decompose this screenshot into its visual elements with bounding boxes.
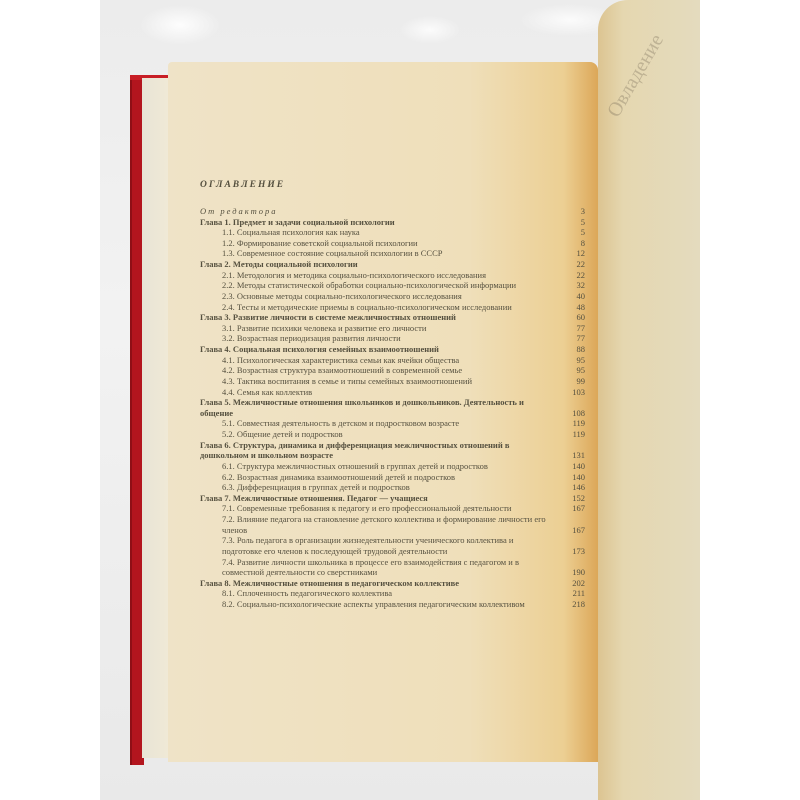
toc-entry-title: 6.2. Возрастная динамика взаимоотношений… (200, 472, 561, 483)
toc-entry-page: 131 (561, 450, 585, 461)
toc-entry-title: 2.4. Тесты и методические приемы в социа… (200, 302, 561, 313)
toc-entry: Глава 2. Методы социальной психологии22 (200, 259, 585, 270)
toc-entry: 7.1. Современные требования к педагогу и… (200, 503, 585, 514)
toc-entry-title: Глава 3. Развитие личности в системе меж… (200, 312, 561, 323)
toc-entry-page: 22 (561, 259, 585, 270)
toc-entry: Глава 4. Социальная психология семейных … (200, 344, 585, 355)
toc-entry-page: 103 (561, 387, 585, 398)
toc-entry-page: 218 (561, 599, 585, 610)
toc-entry-title: 8.1. Сплоченность педагогического коллек… (200, 588, 561, 599)
toc-entry-title: 7.4. Развитие личности школьника в проце… (200, 557, 561, 578)
toc-entry-title: 3.1. Развитие психики человека и развити… (200, 323, 561, 334)
toc-entry-page: 5 (561, 217, 585, 228)
toc-entry: От редактора3 (200, 206, 585, 217)
toc-entry-title: 3.2. Возрастная периодизация развития ли… (200, 333, 561, 344)
toc-entry: Глава 7. Межличностные отношения. Педаго… (200, 493, 585, 504)
toc-entry: Глава 1. Предмет и задачи социальной пси… (200, 217, 585, 228)
toc-entry-page: 8 (561, 238, 585, 249)
toc-entry-title: 4.2. Возрастная структура взаимоотношени… (200, 365, 561, 376)
toc-entry-title: 2.3. Основные методы социально-психологи… (200, 291, 561, 302)
toc-entry-page: 77 (561, 323, 585, 334)
toc-entry-title: Глава 6. Структура, динамика и дифференц… (200, 440, 561, 461)
toc-entry-page: 146 (561, 482, 585, 493)
toc-entry-page: 22 (561, 270, 585, 281)
toc-entry: 4.3. Тактика воспитания в семье и типы с… (200, 376, 585, 387)
toc-entry: 1.3. Современное состояние социальной пс… (200, 248, 585, 259)
toc-entry-page: 95 (561, 365, 585, 376)
toc-entry-page: 108 (561, 408, 585, 419)
toc-entry-title: Глава 1. Предмет и задачи социальной пси… (200, 217, 561, 228)
toc-entry: 7.3. Роль педагога в организации жизнеде… (200, 535, 585, 556)
toc-entry-title: От редактора (200, 206, 561, 217)
toc-entry-title: 7.2. Влияние педагога на становление дет… (200, 514, 561, 535)
toc-entry: 7.4. Развитие личности школьника в проце… (200, 557, 585, 578)
toc-entry-title: Глава 5. Межличностные отношения школьни… (200, 397, 561, 418)
toc-entry: 4.1. Психологическая характеристика семь… (200, 355, 585, 366)
toc-entry-title: 6.3. Дифференциация в группах детей и по… (200, 482, 561, 493)
toc-entry: 8.1. Сплоченность педагогического коллек… (200, 588, 585, 599)
toc-entry-page: 152 (561, 493, 585, 504)
toc-entry: 4.4. Семья как коллектив103 (200, 387, 585, 398)
toc-entry: 2.2. Методы статистической обработки соц… (200, 280, 585, 291)
toc-entry: 2.3. Основные методы социально-психологи… (200, 291, 585, 302)
toc-entry-page: 40 (561, 291, 585, 302)
toc-entry: 2.4. Тесты и методические приемы в социа… (200, 302, 585, 313)
toc-entry-title: 7.1. Современные требования к педагогу и… (200, 503, 561, 514)
toc-entry-title: 1.3. Современное состояние социальной пс… (200, 248, 561, 259)
toc-entry: 3.1. Развитие психики человека и развити… (200, 323, 585, 334)
toc-entry-page: 167 (561, 525, 585, 536)
toc-entry: 7.2. Влияние педагога на становление дет… (200, 514, 585, 535)
toc-entry-page: 95 (561, 355, 585, 366)
toc-entry-title: 1.1. Социальная психология как наука (200, 227, 561, 238)
toc-entry-page: 119 (561, 429, 585, 440)
toc-entry-title: Глава 2. Методы социальной психологии (200, 259, 561, 270)
toc-entry-page: 211 (561, 588, 585, 599)
toc-entry: 5.1. Совместная деятельность в детском и… (200, 418, 585, 429)
toc-entry-page: 60 (561, 312, 585, 323)
toc-entry-page: 167 (561, 503, 585, 514)
toc-entry-page: 3 (561, 206, 585, 217)
toc-entry: Глава 8. Межличностные отношения в педаг… (200, 578, 585, 589)
toc-entry-page: 32 (561, 280, 585, 291)
toc-entry-title: Глава 8. Межличностные отношения в педаг… (200, 578, 561, 589)
toc-entry: 1.2. Формирование советской социальной п… (200, 238, 585, 249)
right-page-bleed-text: Овладение (603, 32, 700, 150)
toc-entry-title: 4.4. Семья как коллектив (200, 387, 561, 398)
toc-entry-title: Глава 7. Межличностные отношения. Педаго… (200, 493, 561, 504)
toc-entry-page: 48 (561, 302, 585, 313)
toc-entry-title: 2.1. Методология и методика социально-пс… (200, 270, 561, 281)
toc-entry-title: 5.2. Общение детей и подростков (200, 429, 561, 440)
toc-entry: Глава 6. Структура, динамика и дифференц… (200, 440, 585, 461)
toc-entry-title: 6.1. Структура межличностных отношений в… (200, 461, 561, 472)
toc-entry-page: 88 (561, 344, 585, 355)
toc-entry: 4.2. Возрастная структура взаимоотношени… (200, 365, 585, 376)
toc-entry-page: 119 (561, 418, 585, 429)
toc-entry: 3.2. Возрастная периодизация развития ли… (200, 333, 585, 344)
toc-entry-title: 2.2. Методы статистической обработки соц… (200, 280, 561, 291)
toc-entry: 1.1. Социальная психология как наука5 (200, 227, 585, 238)
toc-entry-page: 202 (561, 578, 585, 589)
toc-heading: ОГЛАВЛЕНИЕ (200, 180, 585, 192)
toc-entry-title: 7.3. Роль педагога в организации жизнеде… (200, 535, 561, 556)
toc-entry: 5.2. Общение детей и подростков119 (200, 429, 585, 440)
toc-entry-page: 12 (561, 248, 585, 259)
toc-entry-page: 77 (561, 333, 585, 344)
toc-entry-page: 140 (561, 461, 585, 472)
toc-entry: Глава 3. Развитие личности в системе меж… (200, 312, 585, 323)
toc-entry-title: 4.3. Тактика воспитания в семье и типы с… (200, 376, 561, 387)
toc-entry: 6.2. Возрастная динамика взаимоотношений… (200, 472, 585, 483)
toc-entry-title: Глава 4. Социальная психология семейных … (200, 344, 561, 355)
toc-entry-page: 99 (561, 376, 585, 387)
table-of-contents: ОГЛАВЛЕНИЕ От редактора3Глава 1. Предмет… (200, 180, 585, 610)
toc-entry-title: 8.2. Социально-психологические аспекты у… (200, 599, 561, 610)
toc-entry: 6.3. Дифференциация в группах детей и по… (200, 482, 585, 493)
toc-entry: Глава 5. Межличностные отношения школьни… (200, 397, 585, 418)
toc-entry-page: 140 (561, 472, 585, 483)
right-page: Овладение (598, 0, 700, 800)
toc-entry: 6.1. Структура межличностных отношений в… (200, 461, 585, 472)
toc-entry-title: 1.2. Формирование советской социальной п… (200, 238, 561, 249)
toc-list: От редактора3Глава 1. Предмет и задачи с… (200, 206, 585, 610)
toc-entry-page: 190 (561, 567, 585, 578)
toc-entry: 8.2. Социально-психологические аспекты у… (200, 599, 585, 610)
toc-entry-title: 4.1. Психологическая характеристика семь… (200, 355, 561, 366)
toc-entry-page: 173 (561, 546, 585, 557)
toc-entry: 2.1. Методология и методика социально-пс… (200, 270, 585, 281)
toc-entry-title: 5.1. Совместная деятельность в детском и… (200, 418, 561, 429)
toc-entry-page: 5 (561, 227, 585, 238)
